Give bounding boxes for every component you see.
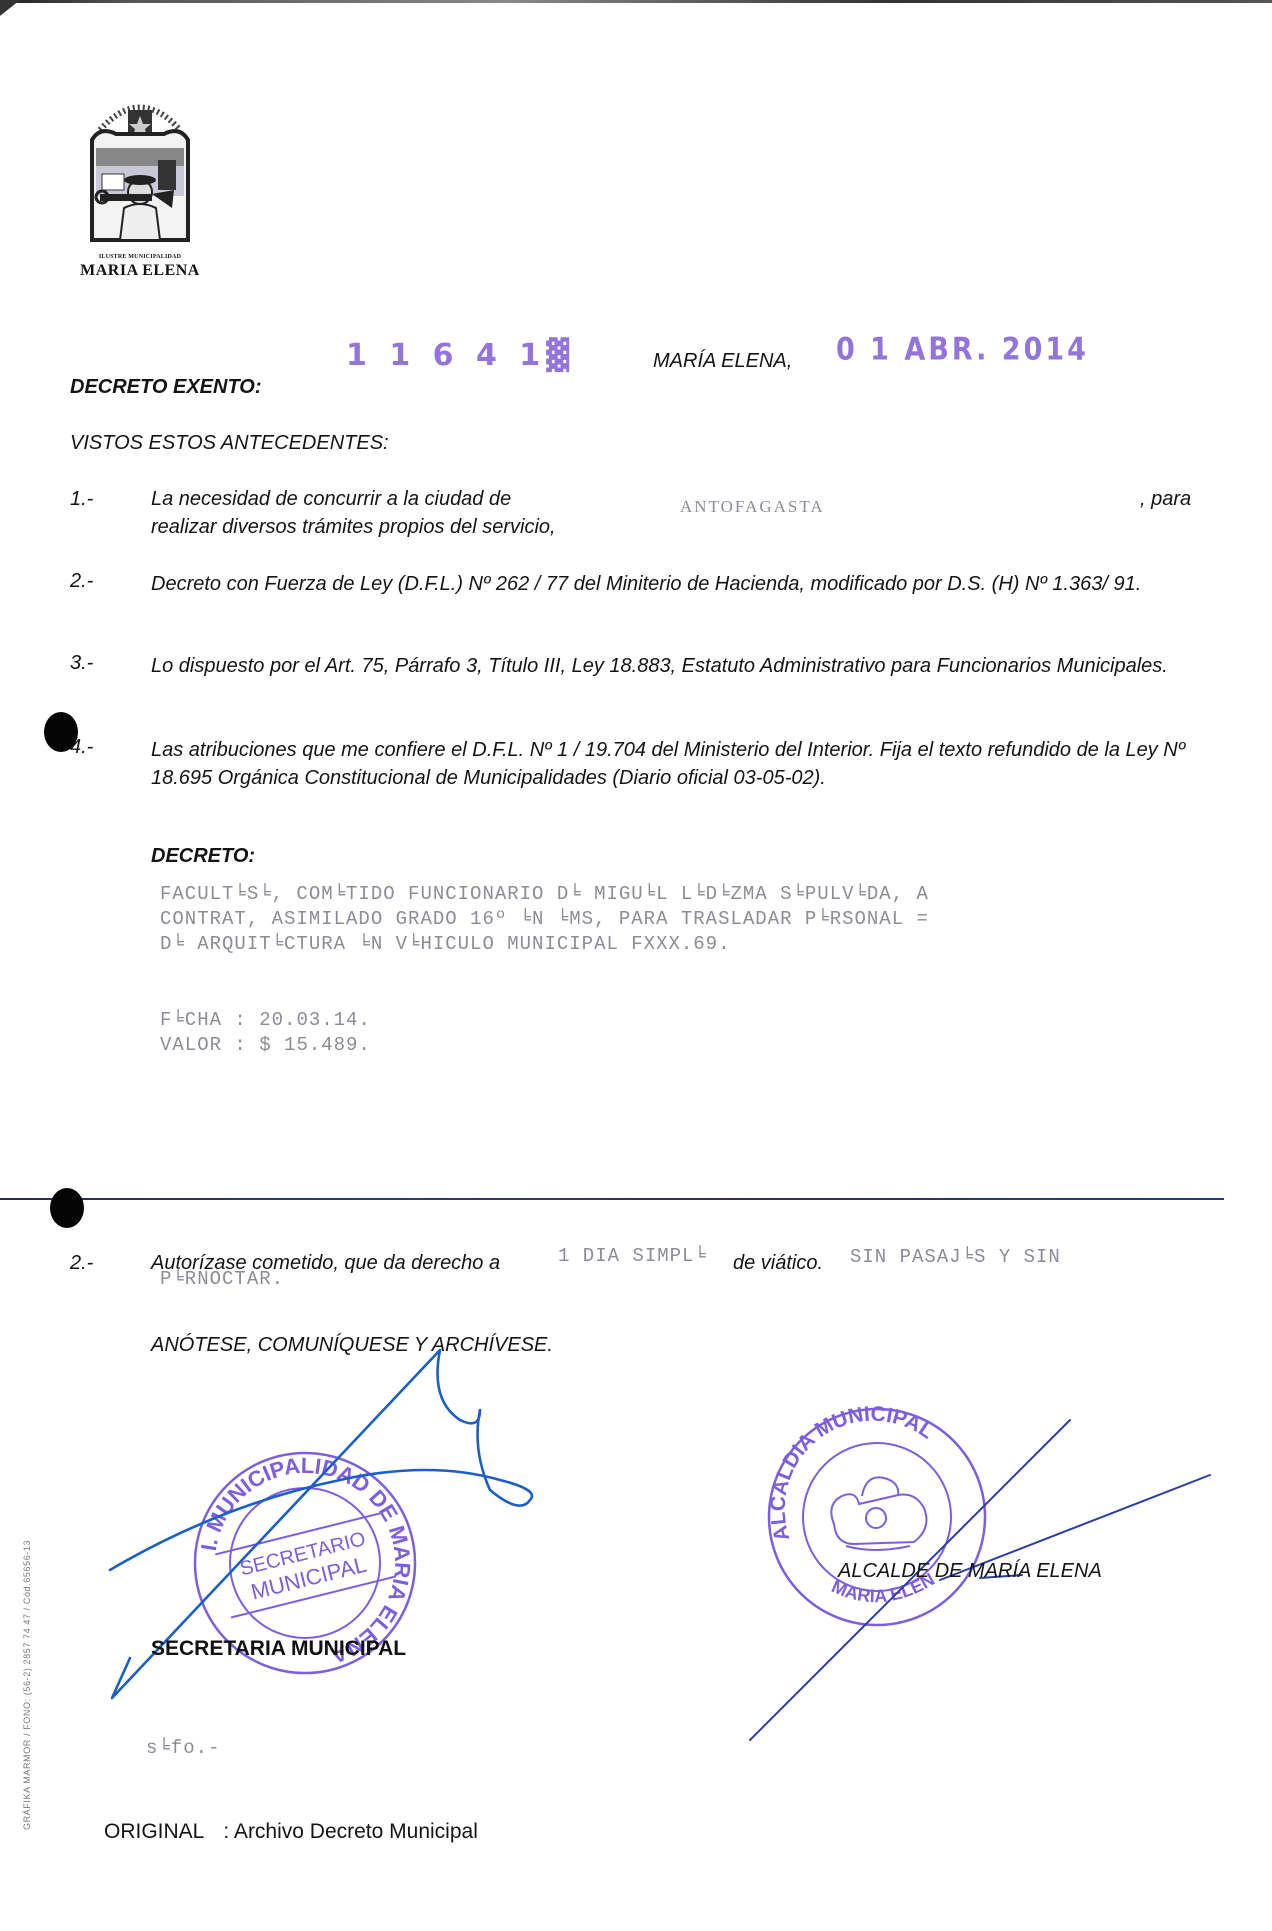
- punch-hole-bottom: [50, 1188, 84, 1228]
- vistos-item-1-text-after: , para: [1140, 488, 1191, 511]
- letterhead-org-line: ILUSTRE MUNICIPALIDAD: [70, 254, 210, 260]
- distribution-label: ORIGINAL: [104, 1820, 204, 1843]
- scan-top-edge: [0, 0, 1272, 3]
- vistos-item-4-text: Las atribuciones que me confiere el D.F.…: [151, 736, 1196, 792]
- vistos-heading: VISTOS ESTOS ANTECEDENTES:: [70, 432, 389, 455]
- decreto-typed-line-1: FACULT╘S╘, COM╘TIDO FUNCIONARIO D╘ MIGU╘…: [160, 882, 929, 907]
- decreto-typed-line-3: D╘ ARQUIT╘CTURA ╘N V╘HICULO MUNICIPAL FX…: [160, 932, 731, 957]
- autorizacion-typed-note-line2: P╘RNOCTAR.: [160, 1267, 284, 1292]
- decreto-valor-row: VALOR : $ 15.489.: [160, 1033, 371, 1058]
- vistos-item-4-number: 4.-: [70, 736, 130, 759]
- printer-imprint: GRÁFIKA MARMOR / FONO: (56-2) 2857 74 47…: [22, 1540, 32, 1830]
- autorizacion-text-middle: de viático.: [733, 1252, 823, 1275]
- distribution-value: : Archivo Decreto Municipal: [223, 1820, 477, 1843]
- fecha-value: 20.03.14.: [259, 1009, 371, 1031]
- secretaria-title: SECRETARIA MUNICIPAL: [151, 1637, 406, 1661]
- autorizacion-number: 2.-: [70, 1252, 130, 1275]
- vistos-item-2-number: 2.-: [70, 570, 130, 593]
- fecha-label: F╘CHA: [160, 1009, 222, 1031]
- vistos-item-1-number: 1.-: [70, 488, 130, 511]
- valor-value: $ 15.489.: [259, 1034, 371, 1056]
- vistos-item-3-text: Lo dispuesto por el Art. 75, Párrafo 3, …: [151, 652, 1196, 680]
- decreto-typed-line-2: CONTRAT, ASIMILADO GRADO 16º ╘N ╘MS, PAR…: [160, 907, 929, 932]
- typist-initials: s╘fo.-: [146, 1736, 220, 1761]
- decree-type-label: DECRETO EXENTO:: [70, 376, 262, 399]
- autorizacion-typed-note-line1: SIN PASAJ╘S Y SIN: [850, 1245, 1061, 1270]
- decreto-heading: DECRETO:: [151, 845, 255, 868]
- vistos-item-1-text: La necesidad de concurrir a la ciudad de: [151, 488, 511, 511]
- vistos-item-2-text: Decreto con Fuerza de Ley (D.F.L.) Nº 26…: [151, 570, 1196, 598]
- autorizacion-typed-amount: 1 DIA SIMPL╘: [558, 1244, 707, 1269]
- distribution-line: ORIGINAL : Archivo Decreto Municipal: [104, 1820, 478, 1844]
- vistos-item-3-number: 3.-: [70, 652, 130, 675]
- municipal-coat-of-arms-icon: [70, 90, 210, 290]
- decreto-fecha-row: F╘CHA : 20.03.14.: [160, 1008, 371, 1033]
- section-divider: [0, 1198, 1224, 1200]
- scan-corner-fold: [0, 0, 20, 16]
- date-stamp: 0 1 ABR. 2014: [836, 332, 1089, 368]
- decree-number-stamp: 1 1 6 4 1▓: [346, 338, 575, 373]
- valor-label: VALOR: [160, 1034, 222, 1056]
- vistos-item-1-text-line2: realizar diversos trámites propios del s…: [151, 516, 556, 539]
- place-label: MARÍA ELENA,: [653, 350, 792, 373]
- vistos-item-1-typed-city: ANTOFAGASTA: [680, 494, 825, 519]
- alcalde-title: ALCALDE DE MARÍA ELENA: [838, 1560, 1102, 1583]
- letterhead-org-name: MARIA ELENA: [60, 262, 220, 280]
